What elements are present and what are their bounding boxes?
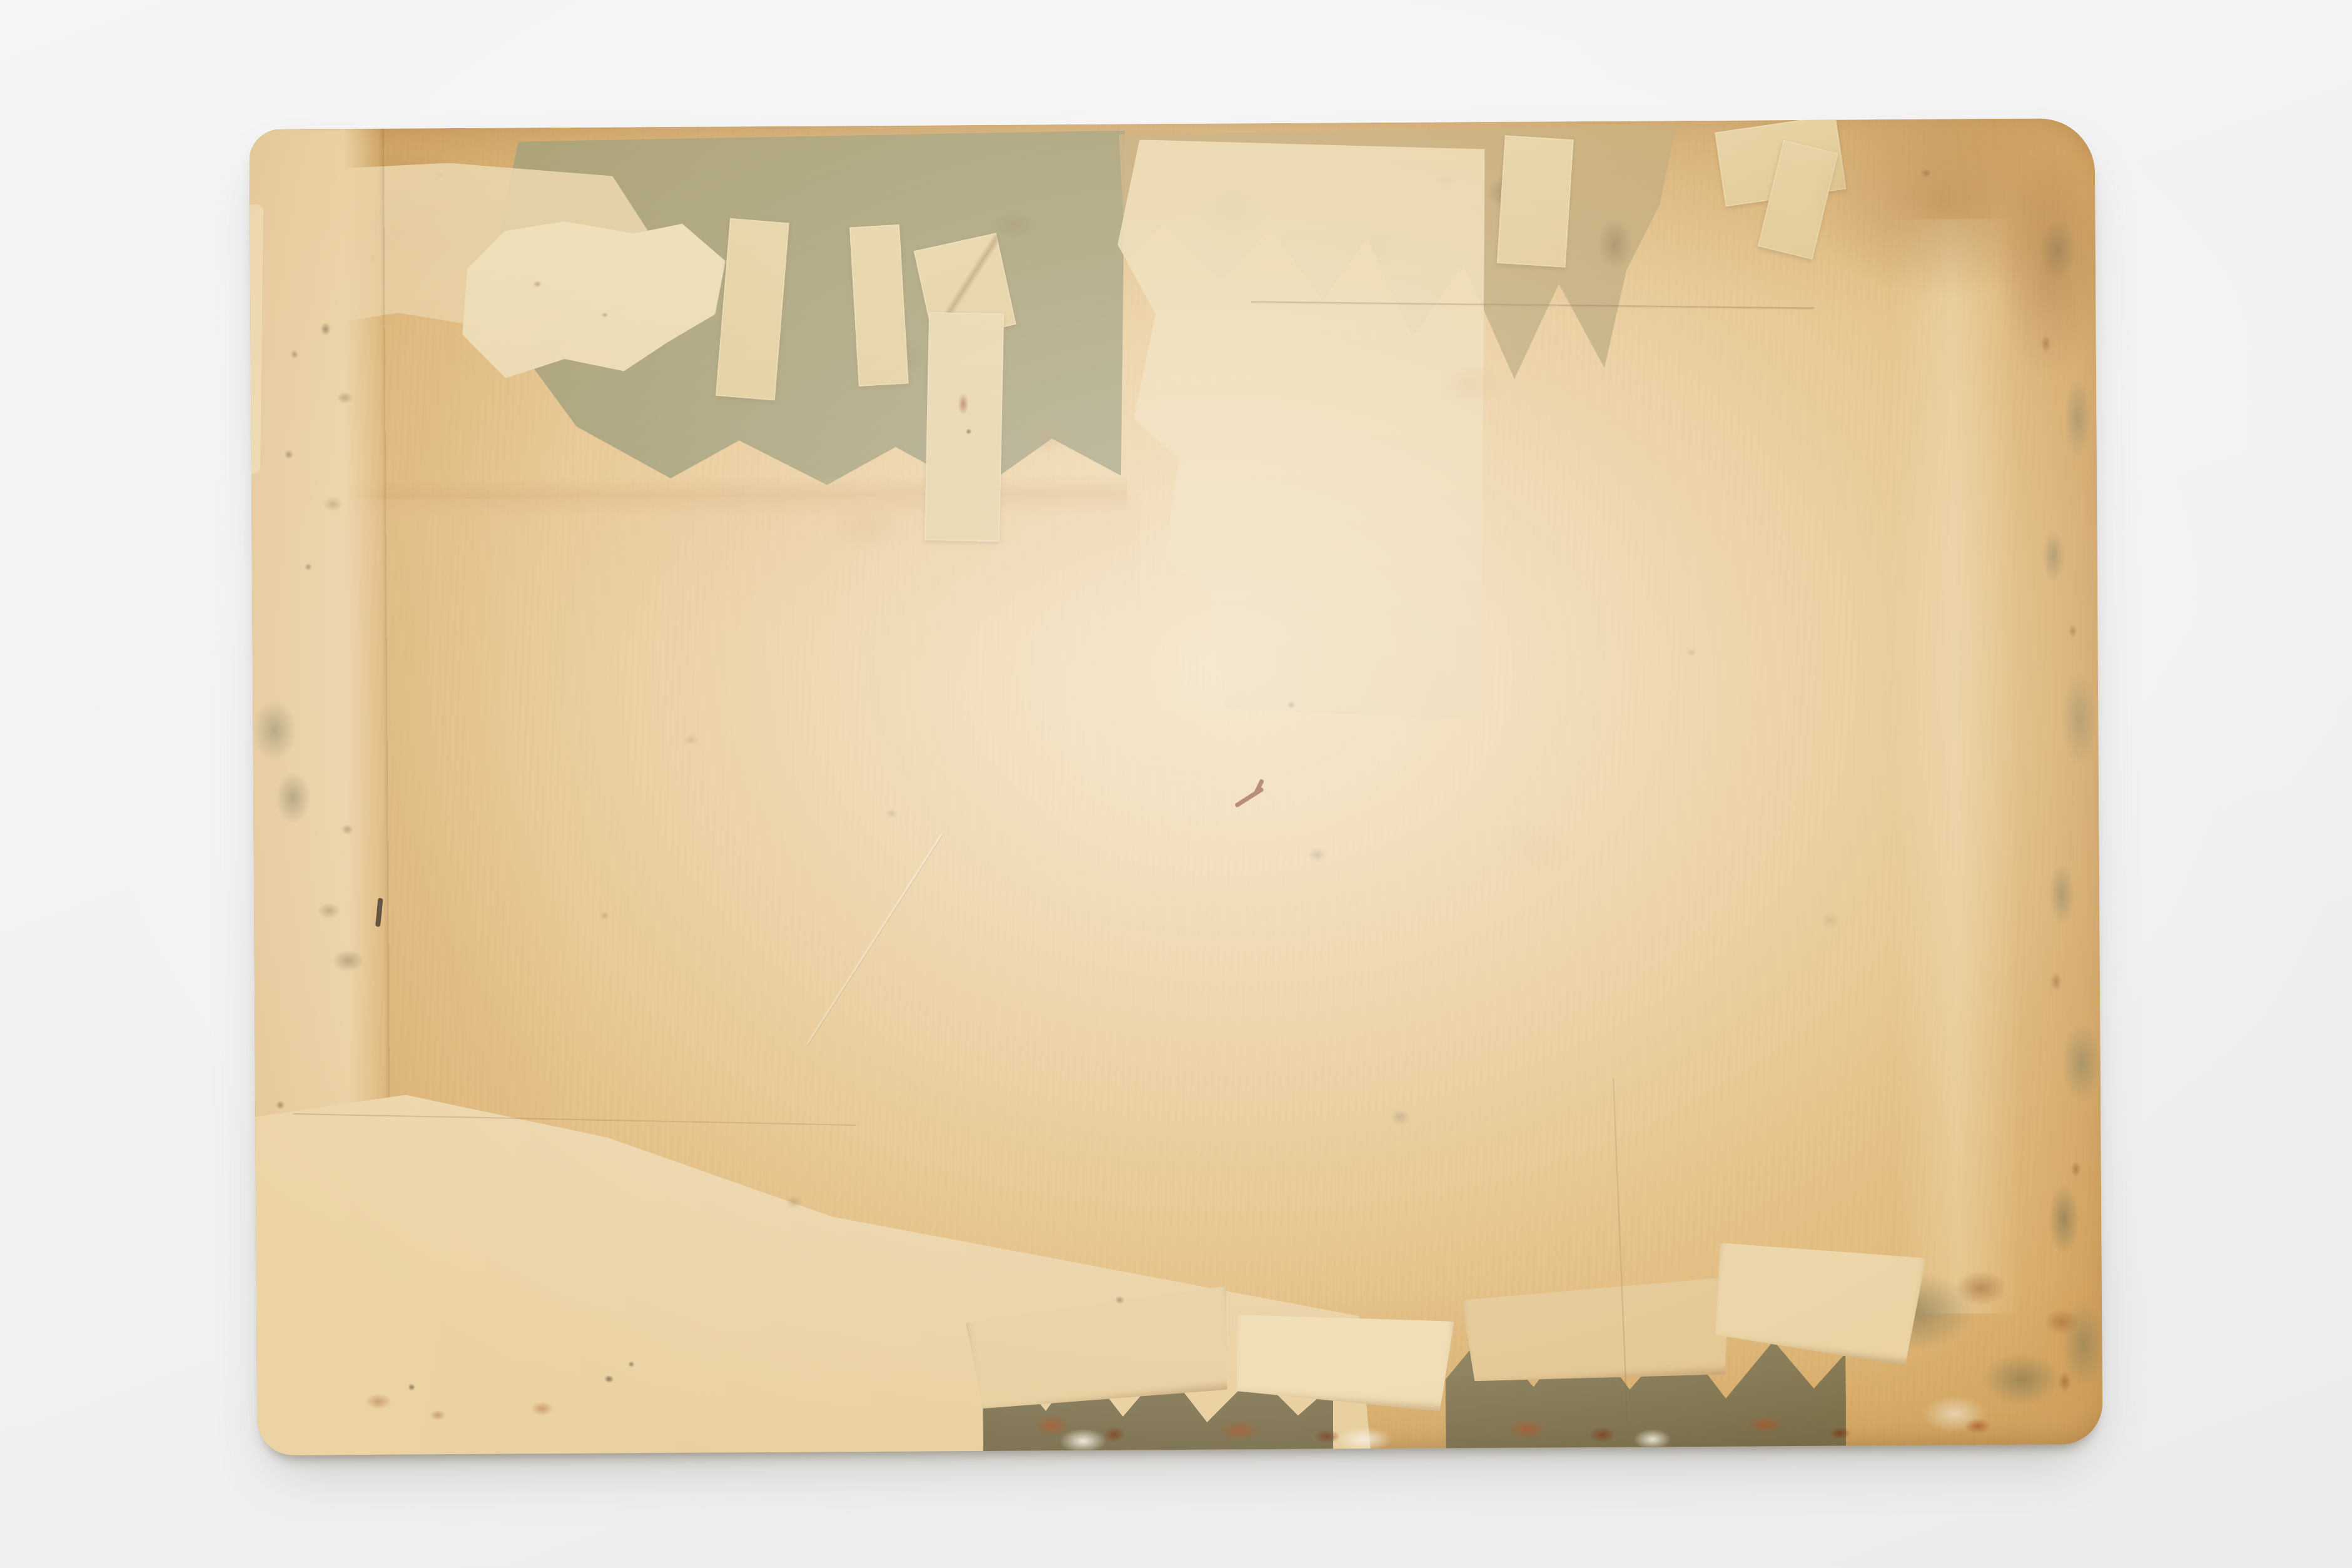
red-ink-mark xyxy=(1229,774,1279,817)
studio-backdrop xyxy=(0,0,2352,1568)
cardboard-mount-back xyxy=(250,118,2103,1455)
scattered-age-spots xyxy=(250,118,2103,1455)
